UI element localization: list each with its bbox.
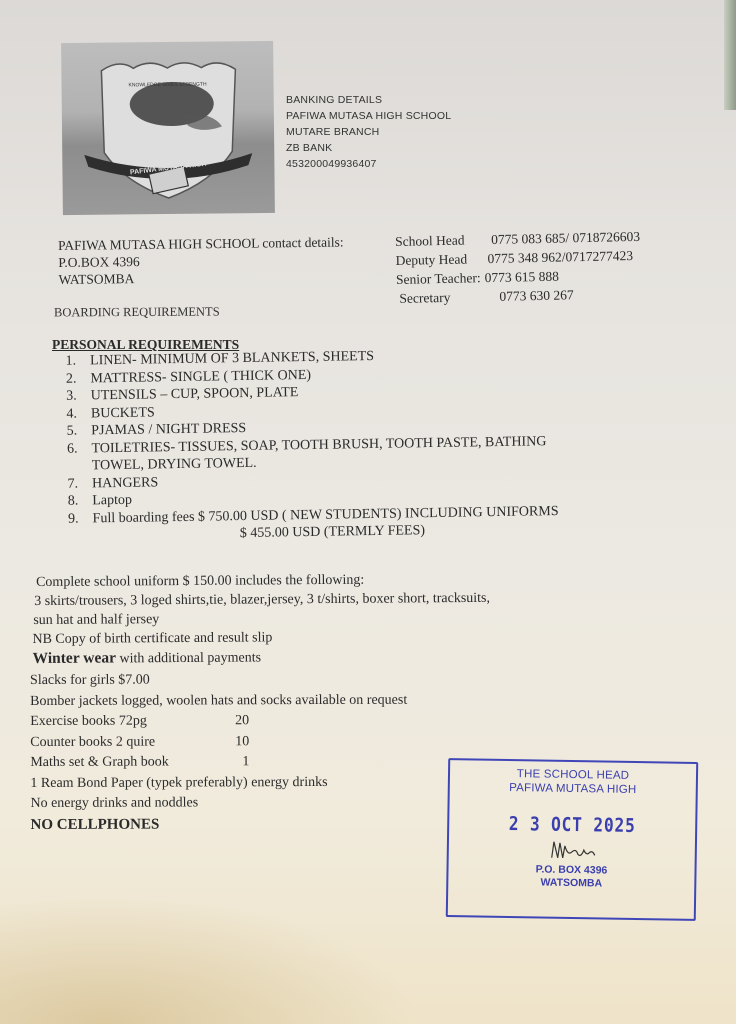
no-cellphones-note: NO CELLPHONES (31, 813, 408, 835)
no-energy-drinks-note: No energy drinks and noddles (30, 793, 407, 815)
winter-wear-line: Winter wear with additional payments (33, 646, 491, 669)
contact-row: Secretary 0773 630 267 (396, 284, 641, 308)
item-number: 2. (52, 370, 76, 388)
supply-name: Maths set & Graph book (30, 752, 242, 773)
item-text: TOWEL, DRYING TOWEL. (54, 455, 257, 476)
item-text: BUCKETS (91, 404, 155, 422)
banking-details: BANKING DETAILS PAFIWA MUTASA HIGH SCHOO… (286, 92, 451, 172)
contact-phone: 0773 615 888 (484, 267, 559, 288)
item-text: UTENSILS – CUP, SPOON, PLATE (91, 384, 299, 405)
uniform-section: Complete school uniform $ 150.00 include… (36, 570, 490, 669)
item-number: 4. (53, 405, 77, 423)
contact-list: School Head 0775 083 685/ 0718726603 Dep… (395, 227, 641, 308)
supply-qty: 20 (235, 711, 249, 732)
address-line-town: WATSOMBA (58, 268, 344, 288)
signature-icon (532, 837, 612, 864)
supply-qty: 10 (235, 732, 249, 753)
item-text: Laptop (92, 492, 132, 510)
banking-account-number: 453200049936407 (286, 156, 451, 172)
supply-name: Exercise books 72pg (30, 711, 235, 732)
contact-role: Senior Teacher: (396, 268, 481, 289)
svg-text:KNOWLEDGE GIVES STRENGTH: KNOWLEDGE GIVES STRENGTH (128, 82, 207, 89)
school-head-stamp: THE SCHOOL HEAD PAFIWA MUTASA HIGH 2 3 O… (446, 758, 698, 921)
item-number: 5. (53, 423, 77, 441)
contact-phone: 0775 348 962/0717277423 (487, 246, 633, 268)
supply-name: Counter books 2 quire (30, 732, 235, 753)
stamp-date: 2 3 OCT 2025 (468, 812, 677, 837)
boarding-requirements-heading: BOARDING REQUIREMENTS (54, 305, 220, 321)
stamp-town: WATSOMBA (448, 875, 694, 892)
item-number: 8. (54, 493, 78, 511)
crest-icon: KNOWLEDGE GIVES STRENGTH PAFIWA MUTASA H… (61, 41, 275, 215)
winter-wear-note: with additional payments (116, 650, 261, 666)
supply-row: Counter books 2 quire10 (30, 731, 407, 753)
contact-role: Deputy Head (395, 249, 487, 270)
item-number: 9. (54, 510, 78, 528)
bomber-note: Bomber jackets logged, woolen hats and s… (30, 690, 407, 712)
uniform-items: 3 skirts/trousers, 3 loged shirts,tie, b… (34, 589, 490, 611)
item-number: 7. (54, 475, 78, 493)
item-number: 1. (52, 353, 76, 371)
contact-role: Secretary (399, 287, 499, 308)
banking-bank: ZB BANK (286, 140, 451, 156)
stamp-school: PAFIWA MUTASA HIGH (450, 780, 696, 798)
item-number: 3. (53, 388, 77, 406)
school-crest-logo: KNOWLEDGE GIVES STRENGTH PAFIWA MUTASA H… (61, 41, 275, 215)
contact-role: School Head (395, 230, 491, 251)
winter-wear-label: Winter wear (33, 649, 116, 667)
background-edge (724, 0, 736, 110)
banking-branch: MUTARE BRANCH (286, 124, 451, 140)
slacks-price: Slacks for girls $7.00 (30, 670, 407, 692)
supply-row: Maths set & Graph book1 (30, 752, 407, 774)
supply-row: Exercise books 72pg20 (30, 711, 407, 733)
page-shadow (0, 894, 420, 1024)
personal-requirements-list: 1.LINEN- MINIMUM OF 3 BLANKETS, SHEETS 2… (52, 345, 559, 545)
supplies-section: Slacks for girls $7.00 Bomber jackets lo… (30, 670, 408, 835)
banking-title: BANKING DETAILS (286, 92, 451, 108)
supply-qty: 1 (242, 752, 249, 773)
contact-phone: 0773 630 267 (499, 285, 574, 306)
item-text: HANGERS (92, 474, 158, 493)
signature (532, 837, 612, 864)
address-line-school: PAFIWA MUTASA HIGH SCHOOL contact detail… (58, 234, 344, 254)
banking-account-name: PAFIWA MUTASA HIGH SCHOOL (286, 108, 451, 124)
item-number: 6. (53, 440, 77, 458)
school-address: PAFIWA MUTASA HIGH SCHOOL contact detail… (58, 234, 344, 288)
ream-note: 1 Ream Bond Paper (typek preferably) ene… (30, 772, 407, 794)
